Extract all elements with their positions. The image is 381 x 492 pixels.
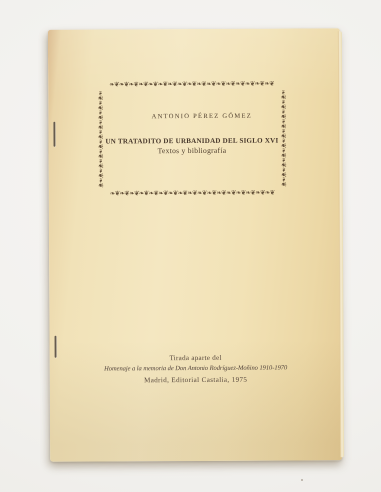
booklet-cover: ❧❦❧❦❧❦❧❦❧❦❧❦❧❦❧❦❧❦❧❦❧❦❧❦❧❦❧❦❧❦❧❦❧❦ ❧❦❧❦❧…	[48, 28, 342, 462]
ornament-border-frame: ❧❦❧❦❧❦❧❦❧❦❧❦❧❦❧❦❧❦❧❦❧❦❧❦❧❦❧❦❧❦❧❦❧❦ ❧❦❧❦❧…	[96, 81, 288, 197]
ornament-top-icon: ❧❦❧❦❧❦❧❦❧❦❧❦❧❦❧❦❧❦❧❦❧❦❧❦❧❦❧❦❧❦❧❦❧❦	[96, 80, 287, 89]
book-subtitle: Textos y bibliografía	[96, 146, 287, 156]
staple-top	[53, 122, 55, 147]
photo-backdrop: ❧❦❧❦❧❦❧❦❧❦❧❦❧❦❧❦❧❦❧❦❧❦❧❦❧❦❧❦❧❦❧❦❧❦ ❧❦❧❦❧…	[0, 0, 381, 492]
book-title: UN TRATADITO DE URBANIDAD DEL SIGLO XVI	[96, 137, 287, 146]
imprint-line-1: Tirada aparte del	[50, 353, 342, 363]
author-name: ANTONIO PÉREZ GÓMEZ	[96, 112, 297, 120]
ornament-bottom-icon: ❧❦❧❦❧❦❧❦❧❦❧❦❧❦❧❦❧❦❧❦❧❦❧❦❧❦❧❦❧❦❧❦❧❦	[97, 189, 288, 198]
page-stack-edge	[338, 31, 344, 457]
imprint-line-2: Homenaje a la memoria de Don Antonio Rod…	[50, 364, 342, 373]
imprint-line-3: Madrid, Editorial Castalia, 1975	[50, 375, 342, 385]
dust-speck	[301, 479, 303, 481]
